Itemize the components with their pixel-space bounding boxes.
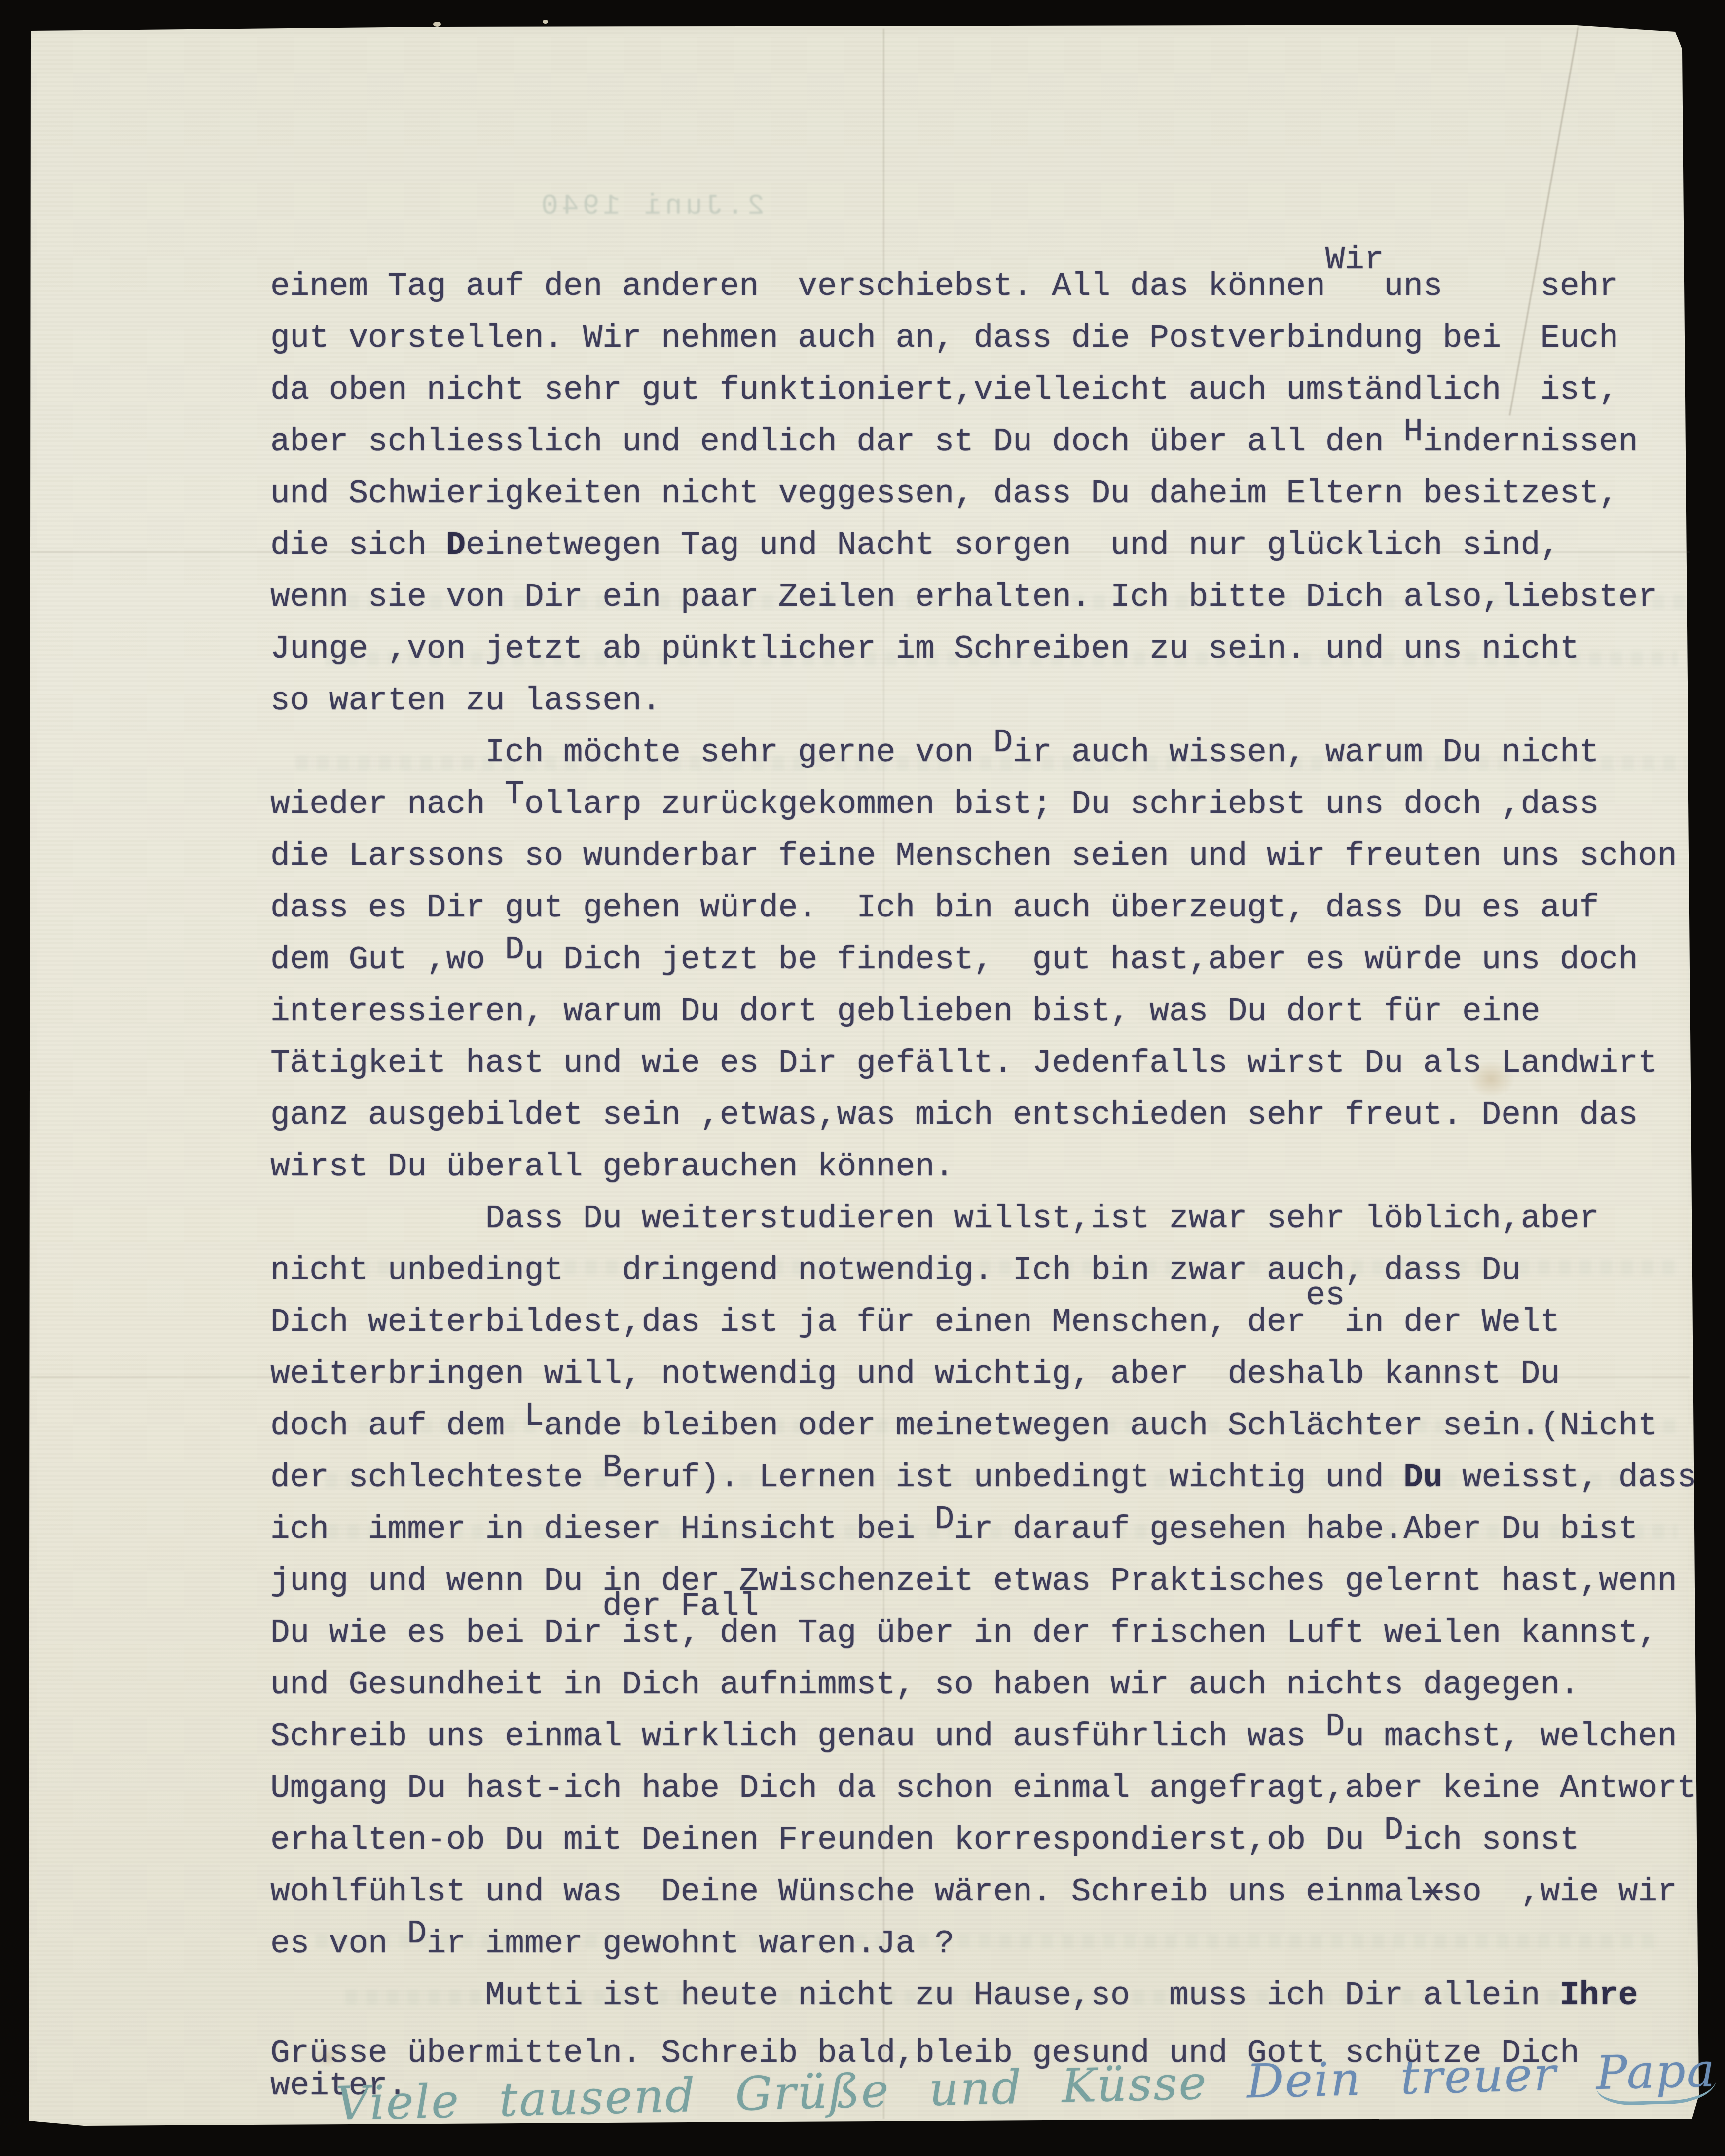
typed-text: Du wie es bei Dir: [270, 1614, 602, 1651]
typed-text: weiterbringen will, notwendig und wichti…: [270, 1355, 1560, 1392]
typed-line: gut vorstellen. Wir nehmen auch an, dass…: [270, 312, 1696, 364]
typed-line: und Gesundheit in Dich aufnimmst, so hab…: [270, 1659, 1696, 1711]
typed-text: weisst, dass: [1442, 1459, 1696, 1496]
typed-text: ande bleiben oder meinetwegen auch Schlä…: [544, 1407, 1658, 1444]
typed-line: wenn sie von Dir ein paar Zeilen erhalte…: [270, 571, 1696, 623]
typed-line: erhalten-ob Du mit Deinen Freunden korre…: [270, 1814, 1696, 1866]
typed-line: dass es Dir gut gehen würde. Ich bin auc…: [270, 882, 1696, 934]
paper-speck: [543, 20, 548, 24]
typed-line: da oben nicht sehr gut funktioniert,viel…: [270, 364, 1696, 416]
typed-line: ich immer in dieser Hinsicht bei Dir dar…: [270, 1503, 1696, 1555]
typed-text: D: [1384, 1804, 1404, 1856]
typed-text: D: [993, 717, 1013, 768]
typed-text: wohlfühlst und was Deine Wünsche wären. …: [270, 1873, 1423, 1910]
typed-line: so warten zu lassen.: [270, 675, 1696, 727]
typed-text: Junge ,von jetzt ab pünktlicher im Schre…: [270, 630, 1579, 667]
typed-line: die sich Deinetwegen Tag und Nacht sorge…: [270, 519, 1696, 571]
typed-text: die sich: [270, 527, 446, 564]
typed-line: Umgang Du hast-ich habe Dich da schon ei…: [270, 1762, 1696, 1814]
typed-text: wenn sie von Dir ein paar Zeilen erhalte…: [270, 579, 1657, 616]
typed-text: Schreib uns einmal wirklich genau und au…: [270, 1718, 1325, 1755]
letter-body: einem Tag auf den anderen verschiebst. A…: [270, 260, 1696, 2102]
typed-text: wieder nach: [270, 786, 505, 823]
typed-line: interessieren, warum Du dort geblieben b…: [270, 986, 1696, 1037]
typed-line: Tätigkeit hast und wie es Dir gefällt. J…: [270, 1037, 1696, 1089]
typed-text: wirst Du überall gebrauchen können.: [270, 1148, 954, 1185]
typed-text: Tätigkeit hast und wie es Dir gefällt. J…: [270, 1045, 1657, 1082]
typed-text: einetwegen Tag und Nacht sorgen und nur …: [466, 527, 1560, 564]
typed-text: indernissen: [1423, 423, 1638, 460]
typed-text: doch auf dem: [270, 1407, 524, 1444]
typed-text: D: [505, 924, 524, 976]
typed-line: wirst Du überall gebrauchen können.: [270, 1141, 1696, 1193]
typed-text: ich sonst: [1403, 1822, 1579, 1859]
typed-text: L: [524, 1390, 544, 1442]
typed-text: u machst, welchen: [1345, 1718, 1677, 1755]
typed-line: jung und wenn Du in der Zwischenzeit etw…: [270, 1555, 1696, 1607]
typed-text: so ,wie wir: [1442, 1873, 1677, 1910]
typed-line: und Schwierigkeiten nicht veggessen, das…: [270, 468, 1696, 519]
typed-text: u Dich jetzt be findest, gut hast,aber e…: [524, 941, 1638, 978]
typed-text: Umgang Du hast-ich habe Dich da schon ei…: [270, 1770, 1696, 1807]
typed-text: da oben nicht sehr gut funktioniert,viel…: [270, 371, 1618, 408]
typed-line: der schlechteste Beruf). Lernen ist unbe…: [270, 1452, 1696, 1503]
typed-text: Ich möchte sehr gerne von: [270, 734, 993, 771]
typed-line: doch auf dem Lande bleiben oder meinetwe…: [270, 1400, 1696, 1452]
typed-text: D: [935, 1494, 954, 1545]
typed-text: eruf). Lernen ist unbedingt wichtig und: [622, 1459, 1403, 1496]
typed-text: T: [505, 768, 524, 820]
typed-text: und Gesundheit in Dich aufnimmst, so hab…: [270, 1666, 1579, 1703]
typed-text: so warten zu lassen.: [270, 682, 661, 719]
letter-scan-page: 2.Juni 1940 einem Tag auf den anderen ve…: [0, 0, 1725, 2156]
typed-text: dem Gut ,wo: [270, 941, 505, 978]
typed-line: weiterbringen will, notwendig und wichti…: [270, 1348, 1696, 1400]
typed-line: wohlfühlst und was Deine Wünsche wären. …: [270, 1866, 1696, 1918]
typed-text: Dass Du weiterstudieren willst,ist zwar …: [270, 1200, 1599, 1237]
signature-dein-treuer: Dein treuer: [1246, 2046, 1597, 2109]
typed-text: Mutti ist heute nicht zu Hause,so muss i…: [270, 1977, 1560, 2014]
typed-line: Dass Du weiterstudieren willst,ist zwar …: [270, 1193, 1696, 1244]
typed-text: B: [602, 1442, 622, 1494]
typed-text: Ihre: [1560, 1977, 1638, 2014]
signature-papa: Papa: [1595, 2044, 1717, 2106]
typed-line: Dich weiterbildest,das ist ja für einen …: [270, 1296, 1696, 1348]
typed-text: ganz ausgebildet sein ,etwas,was mich en…: [270, 1096, 1638, 1133]
typed-text: ir darauf gesehen habe.Aber Du bist: [954, 1511, 1638, 1548]
paper-speck: [433, 22, 441, 27]
typed-text: Du: [1403, 1459, 1442, 1496]
typed-text: gut vorstellen. Wir nehmen auch an, dass…: [270, 320, 1618, 357]
typed-text: ich immer in dieser Hinsicht bei: [270, 1511, 935, 1548]
typed-text: D: [446, 527, 466, 564]
typed-line: nicht unbedingt dringend notwendig. Ich …: [270, 1244, 1696, 1296]
typed-text: D: [1325, 1701, 1345, 1753]
typed-text: ist, den Tag über in der frischen Luft w…: [602, 1614, 1657, 1651]
typed-text: der schlechteste: [270, 1459, 602, 1496]
typed-line: Mutti ist heute nicht zu Hause,so muss i…: [270, 1970, 1696, 2021]
typed-text: und Schwierigkeiten nicht veggessen, das…: [270, 475, 1618, 512]
typed-line: aber schliesslich und endlich dar st Du …: [270, 416, 1696, 468]
typed-line: ganz ausgebildet sein ,etwas,was mich en…: [270, 1089, 1696, 1141]
typed-text: aber schliesslich und endlich dar st Du …: [270, 423, 1403, 460]
typed-text: dass es Dir gut gehen würde. Ich bin auc…: [270, 889, 1599, 926]
typed-text: ollarp zurückgekommen bist; Du schriebst…: [524, 786, 1599, 823]
typed-text: H: [1403, 406, 1423, 458]
typed-text: interessieren, warum Du dort geblieben b…: [270, 993, 1540, 1030]
typed-text: einem Tag auf den anderen verschiebst. A…: [270, 268, 1325, 305]
typed-text: D: [407, 1908, 427, 1960]
typed-line: Junge ,von jetzt ab pünktlicher im Schre…: [270, 623, 1696, 675]
typed-text: erhalten-ob Du mit Deinen Freunden korre…: [270, 1822, 1384, 1859]
typed-line: die Larssons so wunderbar feine Menschen…: [270, 830, 1696, 882]
typed-line: wieder nach Tollarp zurückgekommen bist;…: [270, 778, 1696, 830]
typed-line: einem Tag auf den anderen verschiebst. A…: [270, 260, 1696, 312]
typed-line: es von Dir immer gewohnt waren.Ja ?: [270, 1918, 1696, 1970]
typed-text: jung und wenn Du in der Zwischenzeit etw…: [270, 1563, 1677, 1600]
typed-text: es von: [270, 1925, 407, 1962]
bleed-through-date: 2.Juni 1940: [538, 190, 765, 222]
typed-line: Schreib uns einmal wirklich genau und au…: [270, 1711, 1696, 1762]
typed-text: ir auch wissen, warum Du nicht: [1013, 734, 1599, 771]
typed-line: Ich möchte sehr gerne von Dir auch wisse…: [270, 727, 1696, 778]
typed-text: die Larssons so wunderbar feine Menschen…: [270, 838, 1677, 875]
typed-line: dem Gut ,wo Du Dich jetzt be findest, gu…: [270, 934, 1696, 986]
typed-line: Du wie es bei Dirder Fall ist, den Tag ü…: [270, 1607, 1696, 1659]
typed-text: ir immer gewohnt waren.Ja ?: [427, 1925, 954, 1962]
typed-text: x: [1423, 1873, 1443, 1910]
typed-text: Dich weiterbildest,das ist ja für einen …: [270, 1304, 1306, 1341]
